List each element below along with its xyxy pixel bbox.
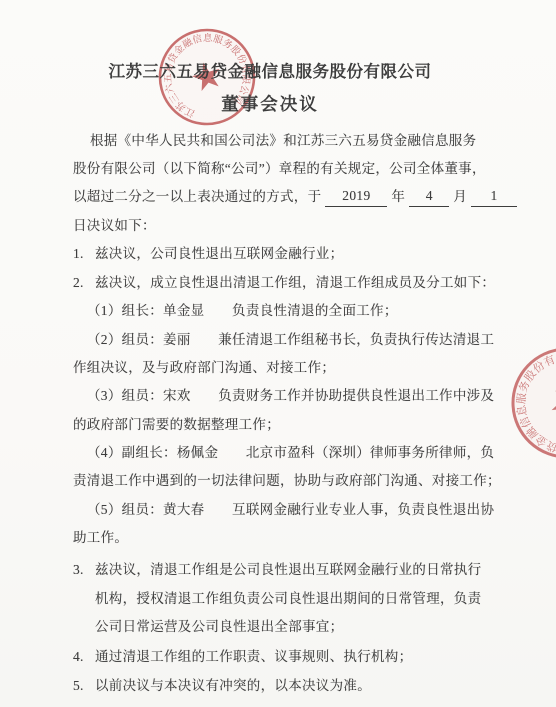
item-number: 2. — [73, 273, 95, 293]
date-prefix: 以超过二分之一以上表决通过的方式，于 — [73, 187, 321, 207]
resolution-item-2: 2.兹决议，成立良性退出清退工作组，清退工作组成员及分工如下： — [73, 273, 495, 293]
document-title: 董事会决议 — [0, 91, 540, 116]
resolution-item-3: 3.兹决议，清退工作组是公司良性退出互联网金融行业的日常执行 — [73, 560, 481, 580]
item-number: 4. — [73, 647, 95, 667]
date-year-unit: 年 — [391, 187, 405, 207]
item-number: 3. — [73, 560, 95, 580]
svg-text:江苏三六五易贷金融信息服务股份有限公司: 江苏三六五易贷金融信息服务股份有限公司 — [502, 338, 556, 468]
intro-line-1: 根据《中华人民共和国公司法》和江苏三六五易贷金融信息服务 — [90, 131, 476, 151]
member-line-2b: 作组决议，及与政府部门沟通、对接工作； — [73, 358, 335, 378]
date-month-field: 4 — [409, 186, 449, 207]
item-number: 5. — [73, 676, 95, 696]
member-line-1: （1）组长：单金显 负责良性清退的全面工作； — [87, 301, 398, 321]
resolution-item-4: 4.通过清退工作组的工作职责、议事规则、执行机构； — [73, 647, 412, 667]
company-name-title: 江苏三六五易贷金融信息服务股份有限公司 — [0, 58, 540, 82]
seal-star-icon — [545, 383, 556, 425]
intro-line-4: 日决议如下： — [73, 216, 156, 236]
item-text: 通过清退工作组的工作职责、议事规则、执行机构； — [95, 649, 412, 664]
item-text: 兹决议，公司良性退出互联网金融行业； — [95, 246, 343, 261]
item-text: 兹决议，成立良性退出清退工作组，清退工作组成员及分工如下： — [95, 275, 495, 290]
date-line: 以超过二分之一以上表决通过的方式，于 2019 年 4 月 1 — [73, 186, 521, 207]
member-line-3b: 的政府部门需要的数据整理工作； — [73, 415, 280, 435]
official-seal-right-icon: 江苏三六五易贷金融信息服务股份有限公司 — [502, 338, 556, 468]
intro-line-2: 股份有限公司（以下简称“公司”）章程的有关规定，公司全体董事， — [73, 159, 486, 179]
item-number: 1. — [73, 244, 95, 264]
seal-ring — [502, 338, 556, 468]
member-line-5b: 助工作。 — [73, 528, 128, 548]
date-day-field: 1 — [471, 186, 517, 207]
member-line-4a: （4）副组长：杨佩金 北京市盈科（深圳）律师事务所律师，负 — [87, 443, 494, 463]
seal-rim-text: 江苏三六五易贷金融信息服务股份有限公司 — [502, 338, 556, 468]
date-year-field: 2019 — [325, 186, 387, 207]
member-line-4b: 责清退工作中遇到的一切法律问题，协助与政府部门沟通、对接工作； — [73, 471, 501, 491]
member-line-5a: （5）组员：黄大春 互联网金融行业专业人事，负责良性退出协 — [87, 500, 494, 520]
document-page: 江苏三六五易贷金融信息服务股份有限公司 江苏三六五易贷金融信息服务股份有限公司 … — [0, 0, 556, 707]
resolution-item-3-line-3: 公司日常运营及公司良性退出全部事宜； — [95, 617, 343, 637]
date-month-unit: 月 — [453, 187, 467, 207]
resolution-item-1: 1.兹决议，公司良性退出互联网金融行业； — [73, 244, 343, 264]
item-text: 兹决议，清退工作组是公司良性退出互联网金融行业的日常执行 — [95, 562, 481, 577]
resolution-item-3-line-2: 机构，授权清退工作组负责公司良性退出期间的日常管理，负责 — [95, 589, 481, 609]
resolution-item-5: 5.以前决议与本决议有冲突的，以本决议为准。 — [73, 676, 371, 696]
member-line-2a: （2）组员：姜丽 兼任清退工作组秘书长，负责执行传达清退工 — [87, 330, 494, 350]
member-line-3a: （3）组员：宋欢 负责财务工作并协助提供良性退出工作中涉及 — [87, 386, 494, 406]
item-text: 以前决议与本决议有冲突的，以本决议为准。 — [95, 678, 371, 693]
